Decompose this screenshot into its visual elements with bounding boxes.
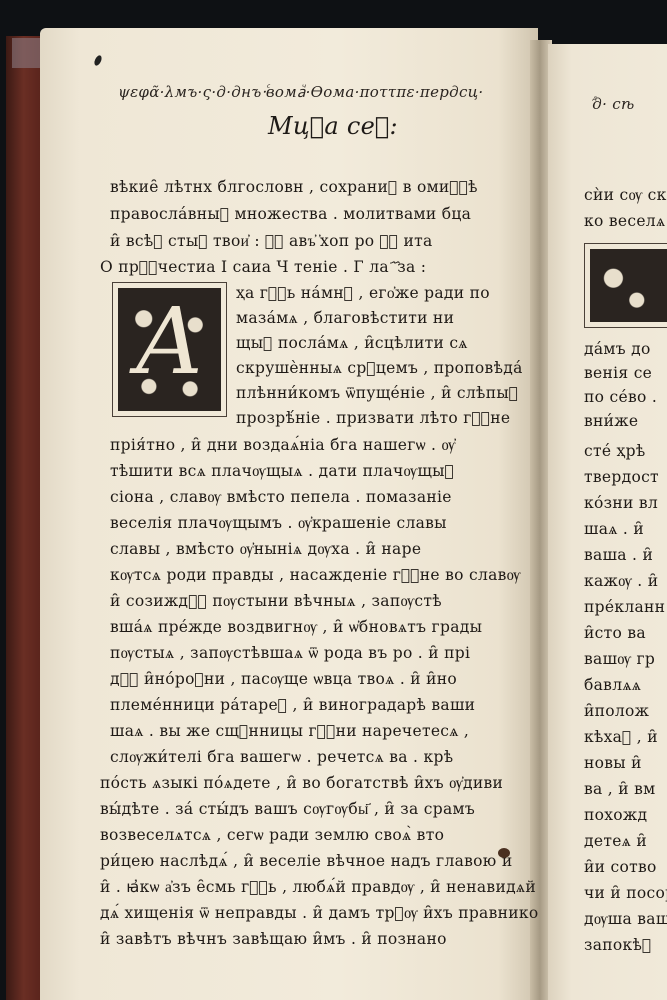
text-line: ко́зни вл [584, 494, 658, 512]
text-line: детеѧ и̑ [584, 832, 647, 851]
text-line: вашѹ гр [584, 650, 655, 669]
text-line: ва , и̑ вм [584, 780, 656, 798]
text-line: кажѹ . и̑ [584, 572, 658, 591]
text-line: кѣхаⷣ , и̑ [584, 728, 658, 746]
text-line: новы и̑ [584, 754, 642, 772]
text-line: и̑сто ва [584, 624, 646, 642]
text-line: ваша . и̑ [584, 546, 653, 564]
text-line: и̑полож [584, 702, 649, 720]
text-line: вни́же [584, 412, 638, 430]
text-line: шаѧ . и̑ [584, 520, 644, 539]
text-line: ко веселѧ [584, 212, 665, 231]
text-line: бавлѧѧ [584, 676, 641, 695]
text-line: по се́во . [584, 388, 657, 406]
text-line: сте́ ҳрѣ [584, 442, 645, 460]
right-text-block: сѝи сѹ ск ко веселѧ да́мъ до венія се по… [0, 0, 667, 1000]
text-line: дѹша ваш [584, 910, 667, 929]
text-line: венія се [584, 364, 652, 382]
text-line: и̑и сотво [584, 858, 657, 876]
text-line: сѝи сѹ ск [584, 186, 667, 205]
text-line: похожд [584, 806, 647, 824]
text-line: твердост [584, 468, 659, 486]
text-line: запокѣⷣ [584, 936, 652, 954]
text-line: чи и̑ посор [584, 884, 667, 902]
text-line: пре́кланн [584, 598, 665, 616]
text-line: да́мъ до [584, 340, 651, 358]
